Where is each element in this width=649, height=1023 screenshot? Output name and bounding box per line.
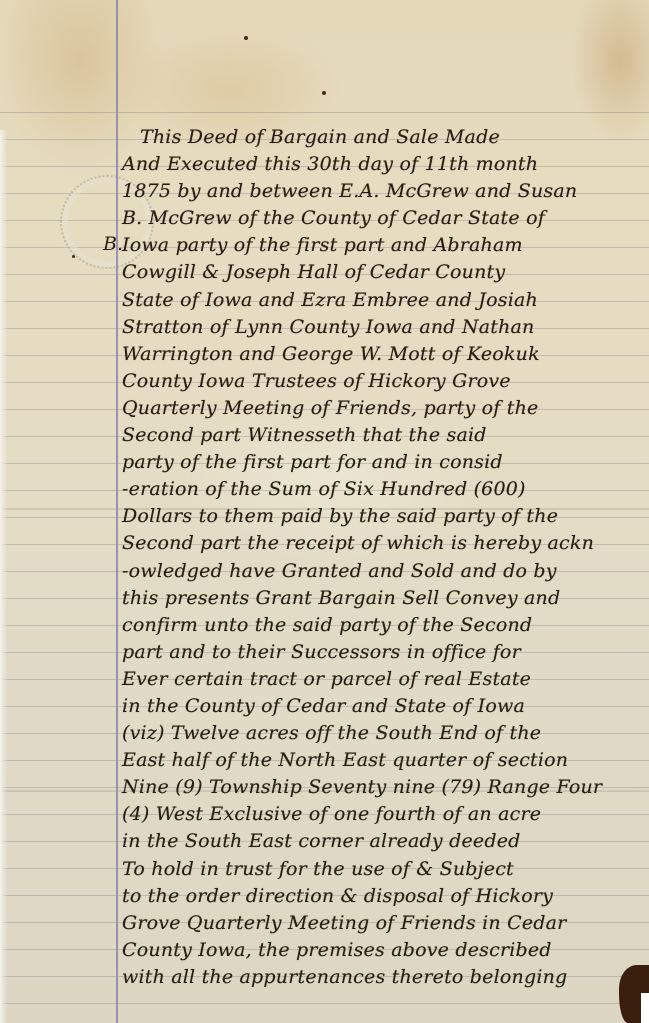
text-line: B. McGrew of the County of Cedar State o… (122, 205, 647, 232)
text-line: confirm unto the said party of the Secon… (122, 612, 647, 639)
text-line: Warrington and George W. Mott of Keokuk (122, 341, 647, 368)
text-line: (4) West Exclusive of one fourth of an a… (122, 801, 647, 828)
text-line: 1875 by and between E.A. McGrew and Susa… (122, 178, 647, 205)
text-line: Ever certain tract or parcel of real Est… (122, 666, 647, 693)
text-line: Grove Quarterly Meeting of Friends in Ce… (122, 910, 647, 937)
text-line: party of the first part for and in consi… (122, 449, 647, 476)
text-line: Second part the receipt of which is here… (122, 530, 647, 557)
deed-page: B. This Deed of Bargain and Sale Made An… (0, 0, 649, 1023)
margin-initial: B. (103, 233, 123, 255)
ink-spot (244, 36, 248, 40)
text-line: with all the appurtenances thereto belon… (122, 964, 647, 991)
text-line: To hold in trust for the use of & Subjec… (122, 856, 647, 883)
text-line: County Iowa Trustees of Hickory Grove (122, 368, 647, 395)
page-edge (0, 130, 7, 1023)
ink-spot (322, 91, 326, 95)
text-line: County Iowa, the premises above describe… (122, 937, 647, 964)
text-line: this presents Grant Bargain Sell Convey … (122, 585, 647, 612)
text-line: Second part Witnesseth that the said (122, 422, 647, 449)
ink-spot (72, 255, 75, 258)
text-line: State of Iowa and Ezra Embree and Josiah (122, 287, 647, 314)
text-line: in the South East corner already deeded (122, 828, 647, 855)
text-line: Stratton of Lynn County Iowa and Nathan (122, 314, 647, 341)
text-line: And Executed this 30th day of 11th month (122, 151, 647, 178)
text-line: Cowgill & Joseph Hall of Cedar County (122, 259, 647, 286)
text-line: -eration of the Sum of Six Hundred (600) (122, 476, 647, 503)
torn-corner-gap (641, 993, 649, 1023)
text-line: Quarterly Meeting of Friends, party of t… (122, 395, 647, 422)
text-line: (viz) Twelve acres off the South End of … (122, 720, 647, 747)
text-line: part and to their Successors in office f… (122, 639, 647, 666)
text-line: in the County of Cedar and State of Iowa (122, 693, 647, 720)
text-line: Dollars to them paid by the said party o… (122, 503, 647, 530)
text-line: East half of the North East quarter of s… (122, 747, 647, 774)
text-line: to the order direction & disposal of Hic… (122, 883, 647, 910)
text-line: Iowa party of the first part and Abraham (122, 232, 647, 259)
text-line: -owledged have Granted and Sold and do b… (122, 558, 647, 585)
text-line: Nine (9) Township Seventy nine (79) Rang… (122, 774, 647, 801)
text-line: This Deed of Bargain and Sale Made (122, 124, 647, 151)
deed-text: This Deed of Bargain and Sale Made And E… (122, 124, 647, 991)
margin-rule (116, 0, 118, 1023)
